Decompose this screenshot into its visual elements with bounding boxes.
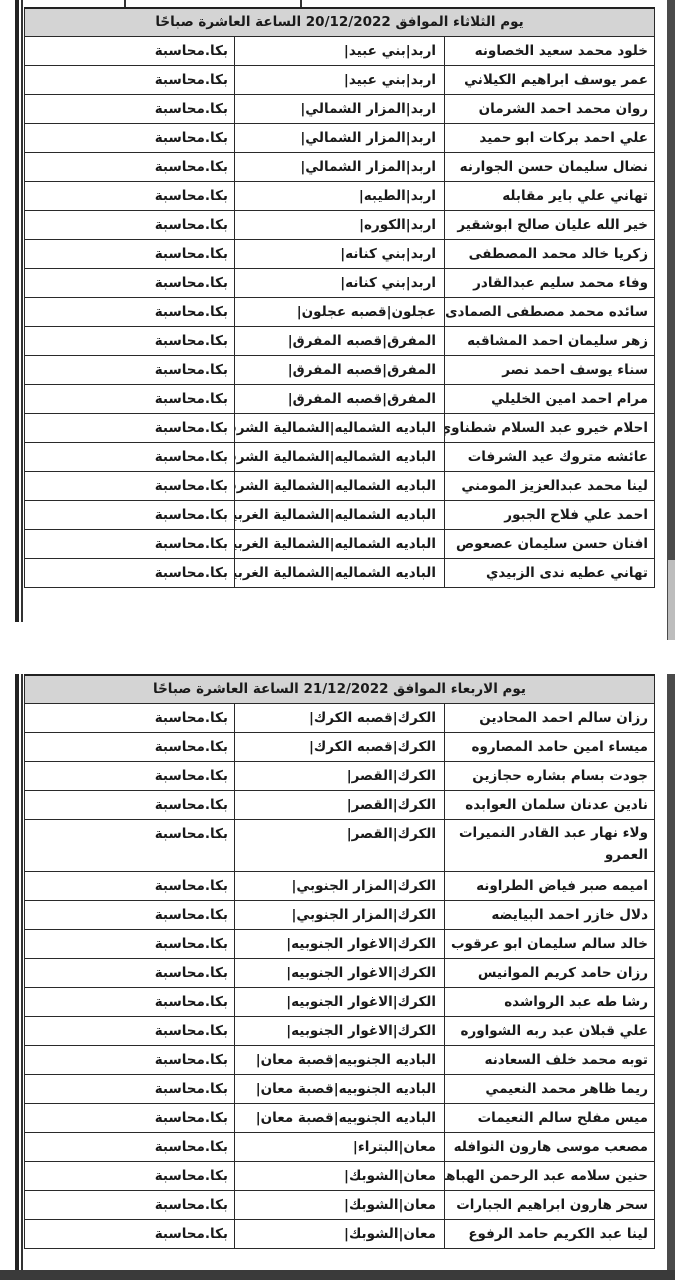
- status-cell: بكا.محاسبة: [25, 123, 235, 152]
- name-cell: زكريا خالد محمد المصطفى: [445, 239, 655, 268]
- table-row: زهر سليمان احمد المشاقبهالمفرق|قصبه المف…: [25, 326, 655, 355]
- region-cell: الكرك|قصبه الكرك|: [235, 703, 445, 732]
- status-cell: بكا.محاسبة: [25, 181, 235, 210]
- region-cell: معان|البتراء|: [235, 1132, 445, 1161]
- table-row: عمر يوسف ابراهيم الكيلانياربد|بني عبيد|ب…: [25, 65, 655, 94]
- table-row: سحر هارون ابراهيم الجباراتمعان|الشوبك|بك…: [25, 1190, 655, 1219]
- name-cell: نادين عدنان سلمان العوابده: [445, 790, 655, 819]
- table-row: علي قبلان عبد ربه الشواورهالكرك|الاغوار …: [25, 1016, 655, 1045]
- region-cell: اربد|المزار الشمالي|: [235, 94, 445, 123]
- table-row: تهاني عطيه ندى الزبيديالباديه الشماليه|ا…: [25, 558, 655, 587]
- region-cell: الكرك|قصبه الكرك|: [235, 732, 445, 761]
- name-cell: رزان سالم احمد المحادين: [445, 703, 655, 732]
- region-cell: الكرك|القصر|: [235, 790, 445, 819]
- name-cell: لينا عبد الكريم حامد الرفوع: [445, 1219, 655, 1248]
- left-border-line: [21, 0, 23, 622]
- region-cell: المفرق|قصبه المفرق|: [235, 384, 445, 413]
- region-cell: اربد|بني عبيد|: [235, 65, 445, 94]
- status-cell: بكا.محاسبة: [25, 94, 235, 123]
- status-cell: بكا.محاسبة: [25, 413, 235, 442]
- region-cell: الباديه الشماليه|الشمالية الغربية|: [235, 529, 445, 558]
- table-row: عائشه متروك عيد الشرفاتالباديه الشماليه|…: [25, 442, 655, 471]
- name-cell: سائده محمد مصطفى الصمادى: [445, 297, 655, 326]
- status-cell: بكا.محاسبة: [25, 1074, 235, 1103]
- name-cell: لينا محمد عبدالعزيز المومني: [445, 471, 655, 500]
- region-cell: الكرك|الاغوار الجنوبيه|: [235, 987, 445, 1016]
- table-row: افنان حسن سليمان عصعوصالباديه الشماليه|ا…: [25, 529, 655, 558]
- name-cell: خير الله عليان صالح ابوشقير: [445, 210, 655, 239]
- status-cell: بكا.محاسبة: [25, 471, 235, 500]
- left-border-bar: [15, 674, 19, 1280]
- status-cell: بكا.محاسبة: [25, 1103, 235, 1132]
- name-cell: اميمه صبر فياض الطراونه: [445, 871, 655, 900]
- table-row: نضال سليمان حسن الجوارنهاربد|المزار الشم…: [25, 152, 655, 181]
- name-cell: افنان حسن سليمان عصعوص: [445, 529, 655, 558]
- section-header-row: يوم الاربعاء الموافق 21/12/2022 الساعة ا…: [25, 675, 655, 703]
- region-cell: اربد|المزار الشمالي|: [235, 152, 445, 181]
- bottom-edge-strip: [0, 1270, 675, 1280]
- status-cell: بكا.محاسبة: [25, 529, 235, 558]
- name-cell: جودت بسام بشاره حجازين: [445, 761, 655, 790]
- table-row: حنين سلامه عبد الرحمن الهباهبهمعان|الشوب…: [25, 1161, 655, 1190]
- region-cell: الكرك|المزار الجنوبي|: [235, 871, 445, 900]
- region-cell: الباديه الشماليه|الشمالية الشرقية|: [235, 471, 445, 500]
- name-cell: دلال خازر احمد البيايضه: [445, 900, 655, 929]
- left-border-bar: [15, 0, 19, 622]
- name-cell: روان محمد احمد الشرمان: [445, 94, 655, 123]
- name-cell: سحر هارون ابراهيم الجبارات: [445, 1190, 655, 1219]
- name-cell: احمد علي فلاح الجبور: [445, 500, 655, 529]
- status-cell: بكا.محاسبة: [25, 442, 235, 471]
- table-row: وفاء محمد سليم عبدالقادراربد|بني كنانه|ب…: [25, 268, 655, 297]
- region-cell: الباديه الشماليه|الشمالية الشرقية|: [235, 413, 445, 442]
- status-cell: بكا.محاسبة: [25, 268, 235, 297]
- status-cell: بكا.محاسبة: [25, 732, 235, 761]
- region-cell: الكرك|القصر|: [235, 761, 445, 790]
- status-cell: بكا.محاسبة: [25, 987, 235, 1016]
- table-row: رزان سالم احمد المحادينالكرك|قصبه الكرك|…: [25, 703, 655, 732]
- region-cell: عجلون|قصبه عجلون|: [235, 297, 445, 326]
- table-row: سناء يوسف احمد نصرالمفرق|قصبه المفرق|بكا…: [25, 355, 655, 384]
- section-header: يوم الثلاثاء الموافق 20/12/2022 الساعة ا…: [25, 8, 655, 36]
- status-cell: بكا.محاسبة: [25, 65, 235, 94]
- region-cell: المفرق|قصبه المفرق|: [235, 355, 445, 384]
- status-cell: بكا.محاسبة: [25, 1190, 235, 1219]
- table-row: ميس مفلح سالم النعيماتالباديه الجنوبيه|ق…: [25, 1103, 655, 1132]
- name-cell: تهاني عطيه ندى الزبيدي: [445, 558, 655, 587]
- section-header: يوم الاربعاء الموافق 21/12/2022 الساعة ا…: [25, 675, 655, 703]
- region-cell: اربد|بني عبيد|: [235, 36, 445, 65]
- page-edge-shadow: [668, 560, 675, 640]
- name-cell: ولاء نهار عبد القادر النميرات العمرو: [445, 819, 655, 871]
- name-cell: نضال سليمان حسن الجوارنه: [445, 152, 655, 181]
- table-row: رزان حامد كريم الموانيسالكرك|الاغوار الج…: [25, 958, 655, 987]
- status-cell: بكا.محاسبة: [25, 558, 235, 587]
- region-cell: الكرك|المزار الجنوبي|: [235, 900, 445, 929]
- status-cell: بكا.محاسبة: [25, 36, 235, 65]
- region-cell: الباديه الشماليه|الشمالية الغربية|: [235, 500, 445, 529]
- table-row: مصعب موسى هارون النوافلهمعان|البتراء|بكا…: [25, 1132, 655, 1161]
- status-cell: بكا.محاسبة: [25, 239, 235, 268]
- status-cell: بكا.محاسبة: [25, 355, 235, 384]
- status-cell: بكا.محاسبة: [25, 1016, 235, 1045]
- name-cell: مصعب موسى هارون النوافله: [445, 1132, 655, 1161]
- status-cell: بكا.محاسبة: [25, 500, 235, 529]
- region-cell: معان|الشوبك|: [235, 1219, 445, 1248]
- name-cell: حنين سلامه عبد الرحمن الهباهبه: [445, 1161, 655, 1190]
- name-cell: احلام خيرو عبد السلام شطناوي: [445, 413, 655, 442]
- name-cell: علي قبلان عبد ربه الشواوره: [445, 1016, 655, 1045]
- status-cell: بكا.محاسبة: [25, 1045, 235, 1074]
- table-row: علي احمد بركات ابو حميداربد|المزار الشما…: [25, 123, 655, 152]
- table-row: رشا طه عبد الرواشدهالكرك|الاغوار الجنوبي…: [25, 987, 655, 1016]
- table-row: خلود محمد سعيد الخصاونهاربد|بني عبيد|بكا…: [25, 36, 655, 65]
- region-cell: معان|الشوبك|: [235, 1161, 445, 1190]
- section-header-row: يوم الثلاثاء الموافق 20/12/2022 الساعة ا…: [25, 8, 655, 36]
- status-cell: بكا.محاسبة: [25, 958, 235, 987]
- name-cell: ميساء امين حامد المصاروه: [445, 732, 655, 761]
- region-cell: اربد|بني كنانه|: [235, 239, 445, 268]
- table-row: ميساء امين حامد المصاروهالكرك|قصبه الكرك…: [25, 732, 655, 761]
- region-cell: الكرك|القصر|: [235, 819, 445, 871]
- table-row: زكريا خالد محمد المصطفىاربد|بني كنانه|بك…: [25, 239, 655, 268]
- table-row: لينا محمد عبدالعزيز المومنيالباديه الشما…: [25, 471, 655, 500]
- table-row: خير الله عليان صالح ابوشقيراربد|الكوره|ب…: [25, 210, 655, 239]
- region-cell: الباديه الشماليه|الشمالية الشرقية|: [235, 442, 445, 471]
- status-cell: بكا.محاسبة: [25, 1132, 235, 1161]
- status-cell: بكا.محاسبة: [25, 210, 235, 239]
- table-row: ولاء نهار عبد القادر النميرات العمروالكر…: [25, 819, 655, 871]
- region-cell: معان|الشوبك|: [235, 1190, 445, 1219]
- table-row: خالد سالم سليمان ابو عرقوبالكرك|الاغوار …: [25, 929, 655, 958]
- region-cell: الباديه الجنوبيه|قصبة معان|: [235, 1074, 445, 1103]
- name-cell: خلود محمد سعيد الخصاونه: [445, 36, 655, 65]
- name-cell: ريما ظاهر محمد النعيمي: [445, 1074, 655, 1103]
- name-cell: رزان حامد كريم الموانيس: [445, 958, 655, 987]
- region-cell: اربد|المزار الشمالي|: [235, 123, 445, 152]
- name-cell: تهاني علي باير مقابله: [445, 181, 655, 210]
- schedule-table: يوم الثلاثاء الموافق 20/12/2022 الساعة ا…: [24, 7, 655, 588]
- table-row: سائده محمد مصطفى الصمادىعجلون|قصبه عجلون…: [25, 297, 655, 326]
- table-row: توبه محمد خلف السعادنهالباديه الجنوبيه|ق…: [25, 1045, 655, 1074]
- status-cell: بكا.محاسبة: [25, 703, 235, 732]
- region-cell: اربد|الكوره|: [235, 210, 445, 239]
- right-border-bar: [667, 674, 675, 1280]
- name-cell: مرام احمد امين الخليلي: [445, 384, 655, 413]
- status-cell: بكا.محاسبة: [25, 1219, 235, 1248]
- name-cell: رشا طه عبد الرواشده: [445, 987, 655, 1016]
- name-cell: عمر يوسف ابراهيم الكيلاني: [445, 65, 655, 94]
- region-cell: الكرك|الاغوار الجنوبيه|: [235, 1016, 445, 1045]
- region-cell: الكرك|الاغوار الجنوبيه|: [235, 929, 445, 958]
- status-cell: بكا.محاسبة: [25, 152, 235, 181]
- document-page: يوم الثلاثاء الموافق 20/12/2022 الساعة ا…: [0, 0, 675, 1280]
- status-cell: بكا.محاسبة: [25, 929, 235, 958]
- name-cell: علي احمد بركات ابو حميد: [445, 123, 655, 152]
- table-row: مرام احمد امين الخليليالمفرق|قصبه المفرق…: [25, 384, 655, 413]
- schedule-table: يوم الاربعاء الموافق 21/12/2022 الساعة ا…: [24, 674, 655, 1249]
- table-row: احلام خيرو عبد السلام شطناويالباديه الشم…: [25, 413, 655, 442]
- region-cell: اربد|بني كنانه|: [235, 268, 445, 297]
- table-row: دلال خازر احمد البيايضهالكرك|المزار الجن…: [25, 900, 655, 929]
- name-cell: زهر سليمان احمد المشاقبه: [445, 326, 655, 355]
- status-cell: بكا.محاسبة: [25, 819, 235, 871]
- name-cell: خالد سالم سليمان ابو عرقوب: [445, 929, 655, 958]
- left-border-line: [21, 674, 23, 1280]
- table-row: نادين عدنان سلمان العوابدهالكرك|القصر|بك…: [25, 790, 655, 819]
- status-cell: بكا.محاسبة: [25, 900, 235, 929]
- table-row: ريما ظاهر محمد النعيميالباديه الجنوبيه|ق…: [25, 1074, 655, 1103]
- region-cell: الباديه الجنوبيه|قصبة معان|: [235, 1103, 445, 1132]
- region-cell: الكرك|الاغوار الجنوبيه|: [235, 958, 445, 987]
- schedule-section-wednesday: يوم الاربعاء الموافق 21/12/2022 الساعة ا…: [0, 674, 675, 1280]
- table-row: جودت بسام بشاره حجازينالكرك|القصر|بكا.مح…: [25, 761, 655, 790]
- name-cell: ميس مفلح سالم النعيمات: [445, 1103, 655, 1132]
- region-cell: اربد|الطيبه|: [235, 181, 445, 210]
- table-row: روان محمد احمد الشرماناربد|المزار الشمال…: [25, 94, 655, 123]
- name-cell: توبه محمد خلف السعادنه: [445, 1045, 655, 1074]
- region-cell: المفرق|قصبه المفرق|: [235, 326, 445, 355]
- region-cell: الباديه الشماليه|الشمالية الغربية|: [235, 558, 445, 587]
- name-cell: سناء يوسف احمد نصر: [445, 355, 655, 384]
- schedule-section-tuesday: يوم الثلاثاء الموافق 20/12/2022 الساعة ا…: [0, 0, 675, 622]
- status-cell: بكا.محاسبة: [25, 297, 235, 326]
- region-cell: الباديه الجنوبيه|قصبة معان|: [235, 1045, 445, 1074]
- status-cell: بكا.محاسبة: [25, 871, 235, 900]
- right-border-bar: [667, 0, 675, 640]
- table-row: اميمه صبر فياض الطراونهالكرك|المزار الجن…: [25, 871, 655, 900]
- status-cell: بكا.محاسبة: [25, 1161, 235, 1190]
- status-cell: بكا.محاسبة: [25, 384, 235, 413]
- table-row: احمد علي فلاح الجبورالباديه الشماليه|الش…: [25, 500, 655, 529]
- name-cell: عائشه متروك عيد الشرفات: [445, 442, 655, 471]
- table-row: لينا عبد الكريم حامد الرفوعمعان|الشوبك|ب…: [25, 1219, 655, 1248]
- table-row: تهاني علي باير مقابلهاربد|الطيبه|بكا.محا…: [25, 181, 655, 210]
- name-cell: وفاء محمد سليم عبدالقادر: [445, 268, 655, 297]
- status-cell: بكا.محاسبة: [25, 761, 235, 790]
- status-cell: بكا.محاسبة: [25, 326, 235, 355]
- status-cell: بكا.محاسبة: [25, 790, 235, 819]
